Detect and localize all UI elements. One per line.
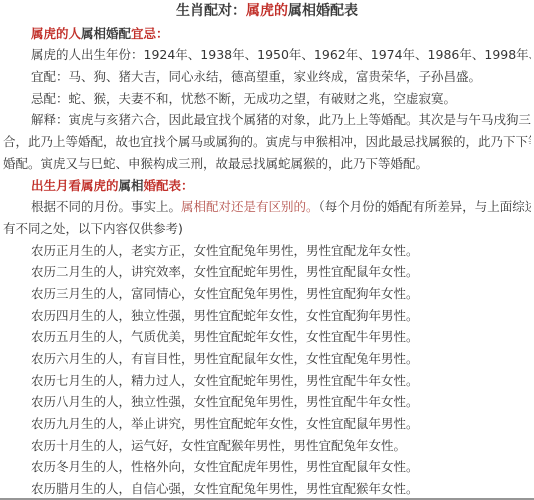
title-prefix: 生肖配对：	[176, 3, 246, 19]
month-heading-red2: 婚配表：	[144, 178, 194, 193]
explanation-line-3: 婚配。寅虎又与巳蛇、申猴构成三刑，故最忌找属蛇属猴的，此乃下等婚配。	[3, 153, 531, 175]
month-line-2: 农历二月生的人，讲究效率，女性宜配蛇年男性，男性宜配鼠年女性。	[3, 261, 531, 283]
month-line-12: 农历腊月生的人，自信心强，女性宜配兔年男性，男性宜配猴年女性。	[3, 478, 531, 500]
title-suffix: 属相婚配表	[288, 3, 358, 19]
month-line-9: 农历九月生的人，举止讲究，男性宜配蛇年女性，女性宜配鼠年男性。	[3, 413, 531, 435]
month-line-11: 农历冬月生的人，性格外向，女性宜配虎年男性，男性宜配鼠年女性。	[3, 456, 531, 478]
month-intro-line-1: 根据不同的月份。事实上。属相配对还是有区别的。（每个月份的婚配有所差异，与上面综…	[3, 196, 531, 218]
page-title: 生肖配对：属虎的属相婚配表	[3, 1, 531, 23]
intro-black-1: 根据不同的月份。事实上。	[31, 199, 181, 214]
month-line-3: 农历三月生的人，富同情心，女性宜配兔年男性，男性宜配狗年女性。	[3, 283, 531, 305]
yiji-heading-red1: 属虎的人	[31, 26, 81, 41]
intro-black-2: （每个月份的婚配有所差异，与上面综述也	[319, 199, 531, 214]
zodiac-match-document: 生肖配对：属虎的属相婚配表 属虎的人属相婚配宜忌： 属虎的人出生年份：1924年…	[0, 0, 534, 500]
month-line-5: 农历五月生的人，气质优美，男性宜配蛇年女性，女性宜配牛年男性。	[3, 326, 531, 348]
suitable-match-line: 宜配：马、狗、猪大吉，同心永结，德高望重，家业终成，富贵荣华，子孙昌盛。	[3, 66, 531, 88]
avoid-match-line: 忌配：蛇、猴，夫妻不和，忧愁不断，无成功之望，有破财之兆，空虚寂寞。	[3, 88, 531, 110]
month-heading-black: 属相	[119, 178, 144, 193]
month-section-heading: 出生月看属虎的属相婚配表：	[3, 175, 531, 197]
yiji-section-heading: 属虎的人属相婚配宜忌：	[3, 23, 531, 45]
birth-years-line: 属虎的人出生年份：1924年、1938年、1950年、1962年、1974年、1…	[3, 44, 531, 66]
month-line-10: 农历十月生的人，运气好，女性宜配猴年男性，男性宜配兔年女性。	[3, 435, 531, 457]
yiji-heading-red2: 宜忌：	[131, 26, 169, 41]
yiji-heading-black: 属相婚配	[81, 26, 131, 41]
explanation-line-1: 解释：寅虎与亥猪六合，因此最宜找个属猪的对象，此乃上上等婚配。其次是与午马戌狗三	[3, 109, 531, 131]
explanation-line-2: 合，此乃上等婚配，故也宜找个属马或属狗的。寅虎与申猴相冲，因此最忌找属猴的，此乃…	[3, 131, 531, 153]
title-highlight: 属虎的	[246, 3, 288, 19]
month-line-7: 农历七月生的人，精力过人，女性宜配蛇年男性，男性宜配牛年女性。	[3, 370, 531, 392]
month-line-1: 农历正月生的人，老实方正，女性宜配兔年男性，男性宜配龙年女性。	[3, 240, 531, 262]
month-line-8: 农历八月生的人，独立性强，女性宜配兔年男性，男性宜配牛年女性。	[3, 391, 531, 413]
month-line-4: 农历四月生的人，独立性强，男性宜配蛇年女性，女性宜配狗年男性。	[3, 305, 531, 327]
intro-red-phrase: 属相配对还是有区别的。	[181, 199, 319, 214]
month-intro-line-2: 有不同之处，以下内容仅供参考)	[3, 218, 531, 240]
month-line-6: 农历六月生的人，有盲目性，男性宜配鼠年女性，女性宜配兔年男性。	[3, 348, 531, 370]
month-heading-red1: 出生月看属虎的	[31, 178, 119, 193]
